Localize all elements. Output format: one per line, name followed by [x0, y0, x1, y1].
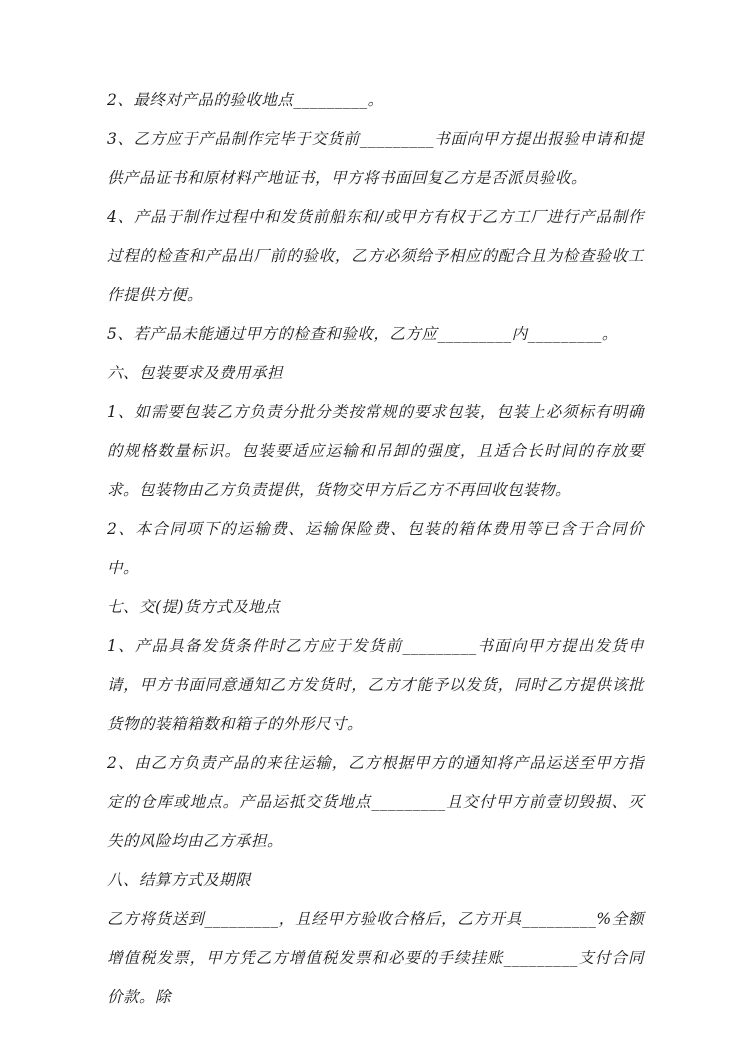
section-heading-packaging: 六、包装要求及费用承担 [107, 354, 644, 393]
clause-fees-included: 2、本合同项下的运输费、运输保险费、包装的箱体费用等已含于合同价中。 [107, 510, 644, 588]
clause-acceptance-location: 2、最终对产品的验收地点_________。 [107, 81, 644, 120]
contract-body: 2、最终对产品的验收地点_________。 3、乙方应于产品制作完毕于交货前_… [107, 81, 644, 1017]
clause-shipping-application: 1、产品具备发货条件时乙方应于发货前_________书面向甲方提出发货申请，甲… [107, 627, 644, 744]
section-heading-settlement: 八、结算方式及期限 [107, 861, 644, 900]
clause-inspection-application: 3、乙方应于产品制作完毕于交货前_________书面向甲方提出报验申请和提供产… [107, 120, 644, 198]
clause-packaging-requirements: 1、如需要包装乙方负责分批分类按常规的要求包装，包装上必须标有明确的规格数量标识… [107, 393, 644, 510]
clause-payment-terms: 乙方将货送到_________，且经甲方验收合格后，乙方开具_________%… [107, 900, 644, 1017]
clause-factory-inspection-right: 4、产品于制作过程中和发货前船东和/或甲方有权于乙方工厂进行产品制作过程的检查和… [107, 198, 644, 315]
clause-transport-risk: 2、由乙方负责产品的来往运输，乙方根据甲方的通知将产品运送至甲方指定的仓库或地点… [107, 744, 644, 861]
clause-failed-inspection: 5、若产品未能通过甲方的检查和验收，乙方应_________内_________… [107, 315, 644, 354]
contract-page: 2、最终对产品的验收地点_________。 3、乙方应于产品制作完毕于交货前_… [0, 0, 744, 1052]
section-heading-delivery: 七、交(提)货方式及地点 [107, 588, 644, 627]
